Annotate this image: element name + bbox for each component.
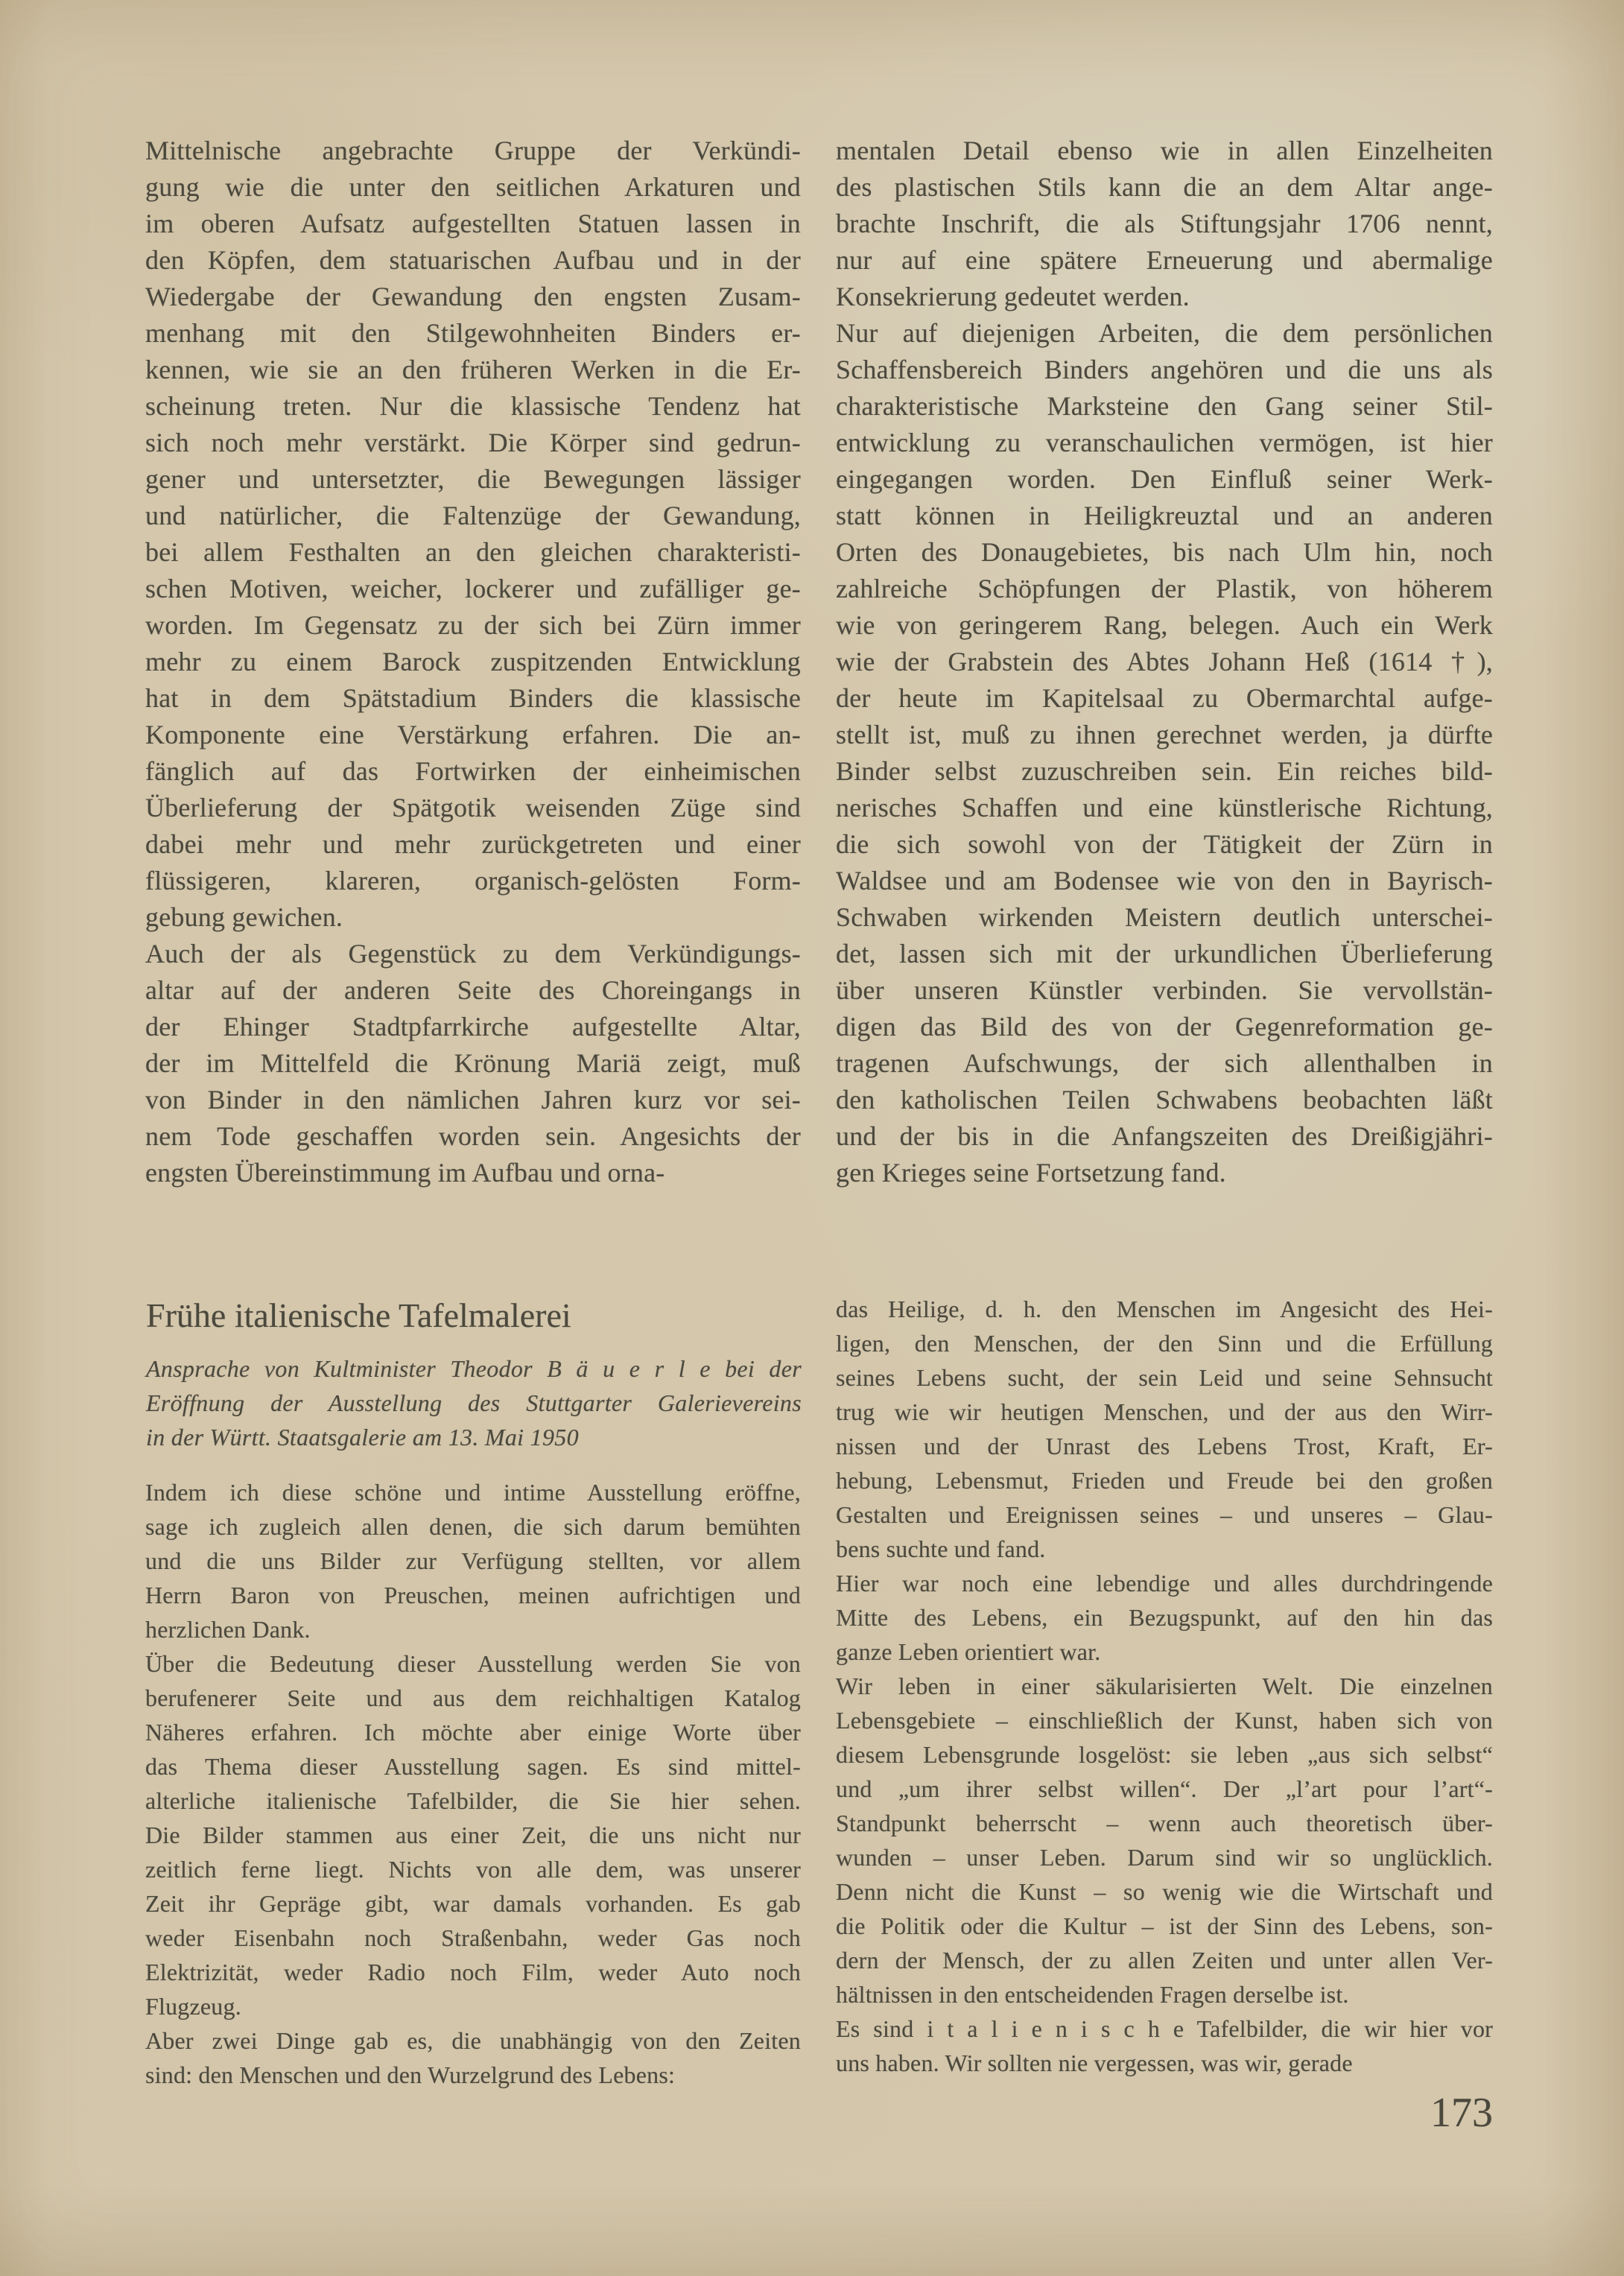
text-line: wie von geringerem Rang, belegen. Auch e…	[836, 607, 1493, 644]
text-line: Es sind i t a l i e n i s c h e Tafelbil…	[836, 2012, 1493, 2046]
text-line: Herrn Baron von Preuschen, meinen aufric…	[145, 1578, 801, 1612]
text-line: tragenen Aufschwungs, der sich allenthal…	[836, 1045, 1493, 1082]
text-line: Indem ich diese schöne und intime Ausste…	[145, 1475, 801, 1509]
text-line: entwicklung zu veranschaulichen vermögen…	[836, 425, 1493, 461]
text-line: Eröffnung der Ausstellung des Stuttgarte…	[146, 1386, 802, 1420]
text-line: dern der Mensch, der zu allen Zeiten und…	[836, 1943, 1493, 1977]
text-line: das Thema dieser Ausstellung sagen. Es s…	[145, 1749, 801, 1784]
text-line: gebung gewichen.	[145, 899, 801, 936]
page-number: 173	[836, 2090, 1493, 2135]
text-line: von Binder in den nämlichen Jahren kurz …	[145, 1082, 801, 1118]
text-line: gung wie die unter den seitlichen Arkatu…	[145, 169, 801, 206]
text-line: ligen, den Menschen, der den Sinn und di…	[836, 1326, 1493, 1360]
text-line: digen das Bild des von der Gegenreformat…	[836, 1009, 1493, 1045]
text-line: über unseren Künstler verbinden. Sie ver…	[836, 972, 1493, 1009]
text-line: dabei mehr und mehr zurückgetreten und e…	[145, 826, 801, 863]
text-line: altar auf der anderen Seite des Choreing…	[145, 972, 801, 1009]
text-line: Flugzeug.	[145, 1989, 801, 2023]
text-line: Mittelnische angebrachte Gruppe der Verk…	[145, 133, 801, 169]
article2-subtitle: Ansprache von Kultminister Theodor B ä u…	[146, 1351, 802, 1454]
text-line: stellt ist, muß zu ihnen gerechnet werde…	[836, 717, 1493, 753]
text-line: herzlichen Dank.	[145, 1612, 801, 1646]
text-line: Waldsee und am Bodensee wie von den in B…	[836, 863, 1493, 899]
article1-left-column: Mittelnische angebrachte Gruppe der Verk…	[145, 133, 801, 1191]
text-line: nem Tode geschaffen worden sein. Angesic…	[145, 1118, 801, 1155]
text-line: sage ich zugleich allen denen, die sich …	[145, 1509, 801, 1544]
text-line: zahlreiche Schöpfungen der Plastik, von …	[836, 571, 1493, 607]
text-line: Zeit ihr Gepräge gibt, war damals vorhan…	[145, 1886, 801, 1921]
text-line: und „um ihrer selbst willen“. Der „l’art…	[836, 1772, 1493, 1806]
text-line: hebung, Lebensmut, Frieden und Freude be…	[836, 1463, 1493, 1497]
text-line: der heute im Kapitelsaal zu Obermarchtal…	[836, 680, 1493, 717]
text-line: die Politik oder die Kultur – ist der Si…	[836, 1909, 1493, 1943]
text-line: Wiedergabe der Gewandung den engsten Zus…	[145, 279, 801, 315]
text-line: wunden – unser Leben. Darum sind wir so …	[836, 1840, 1493, 1874]
text-line: flüssigeren, klareren, organisch-gelöste…	[145, 863, 801, 899]
text-line: Überlieferung der Spätgotik weisenden Zü…	[145, 790, 801, 826]
text-line: engsten Übereinstimmung im Aufbau und or…	[145, 1155, 801, 1191]
text-line: mehr zu einem Barock zuspitzenden Entwic…	[145, 644, 801, 680]
text-line: Binder selbst zuzuschreiben sein. Ein re…	[836, 753, 1493, 790]
text-line: scheinung treten. Nur die klassische Ten…	[145, 388, 801, 425]
text-line: und der bis in die Anfangszeiten des Dre…	[836, 1118, 1493, 1155]
text-line: hältnissen in den entscheidenden Fragen …	[836, 1977, 1493, 2012]
text-line: Komponente eine Verstärkung erfahren. Di…	[145, 717, 801, 753]
text-line: Standpunkt beherrscht – wenn auch theore…	[836, 1806, 1493, 1840]
text-line: sich noch mehr verstärkt. Die Körper sin…	[145, 425, 801, 461]
text-line: zeitlich ferne liegt. Nichts von alle de…	[145, 1852, 801, 1886]
text-line: nur auf eine spätere Erneuerung und aber…	[836, 242, 1493, 279]
text-line: kennen, wie sie an den früheren Werken i…	[145, 352, 801, 388]
text-line: fänglich auf das Fortwirken der einheimi…	[145, 753, 801, 790]
text-line: Nur auf diejenigen Arbeiten, die dem per…	[836, 315, 1493, 352]
text-line: Hier war noch eine lebendige und alles d…	[836, 1566, 1493, 1600]
text-line: charakteristische Marksteine den Gang se…	[836, 388, 1493, 425]
text-line: uns haben. Wir sollten nie vergessen, wa…	[836, 2046, 1493, 2080]
text-line: das Heilige, d. h. den Menschen im Anges…	[836, 1292, 1493, 1326]
text-line: Konsekrierung gedeutet werden.	[836, 279, 1493, 315]
text-line: weder Eisenbahn noch Straßenbahn, weder …	[145, 1921, 801, 1955]
article1-right-column: mentalen Detail ebenso wie in allen Einz…	[836, 133, 1493, 1191]
text-line: worden. Im Gegensatz zu der sich bei Zür…	[145, 607, 801, 644]
text-line: und natürlicher, die Faltenzüge der Gewa…	[145, 498, 801, 534]
text-line: brachte Inschrift, die als Stiftungsjahr…	[836, 206, 1493, 242]
text-line: ganze Leben orientiert war.	[836, 1635, 1493, 1669]
text-line: berufenerer Seite und aus dem reichhalti…	[145, 1681, 801, 1715]
text-line: Gestalten und Ereignissen seines – und u…	[836, 1497, 1493, 1532]
text-line: gener und untersetzter, die Bewegungen l…	[145, 461, 801, 498]
text-line: nerisches Schaffen und eine künstlerisch…	[836, 790, 1493, 826]
text-line: in der Württ. Staatsgalerie am 13. Mai 1…	[146, 1420, 802, 1454]
text-line: Wir leben in einer säkularisierten Welt.…	[836, 1669, 1493, 1703]
text-line: schen Motiven, weicher, lockerer und zuf…	[145, 571, 801, 607]
text-line: den Köpfen, dem statuarischen Aufbau und…	[145, 242, 801, 279]
text-line: statt können in Heiligkreuztal und an an…	[836, 498, 1493, 534]
text-line: Näheres erfahren. Ich möchte aber einige…	[145, 1715, 801, 1749]
text-line: Orten des Donaugebietes, bis nach Ulm hi…	[836, 534, 1493, 571]
text-line: wie der Grabstein des Abtes Johann Heß (…	[836, 644, 1493, 680]
text-line: der Ehinger Stadtpfarrkirche aufgestellt…	[145, 1009, 801, 1045]
text-line: Schwaben wirkenden Meistern deutlich unt…	[836, 899, 1493, 936]
text-line: Mitte des Lebens, ein Bezugspunkt, auf d…	[836, 1600, 1493, 1635]
article2-heading: Frühe italienische Tafelmalerei	[146, 1294, 802, 1337]
text-line: die sich sowohl von der Tätigkeit der Zü…	[836, 826, 1493, 863]
text-line: Denn nicht die Kunst – so wenig wie die …	[836, 1874, 1493, 1909]
text-line: trug wie wir heutigen Menschen, und der …	[836, 1395, 1493, 1429]
text-line: bens suchte und fand.	[836, 1532, 1493, 1566]
text-line: gen Krieges seine Fortsetzung fand.	[836, 1155, 1493, 1191]
text-line: und die uns Bilder zur Verfügung stellte…	[145, 1544, 801, 1578]
text-line: eingegangen worden. Den Einfluß seiner W…	[836, 461, 1493, 498]
text-line: Schaffensbereich Binders angehören und d…	[836, 352, 1493, 388]
text-line: menhang mit den Stilgewohnheiten Binders…	[145, 315, 801, 352]
text-line: nissen und der Unrast des Lebens Trost, …	[836, 1429, 1493, 1463]
text-line: hat in dem Spätstadium Binders die klass…	[145, 680, 801, 717]
text-line: Aber zwei Dinge gab es, die unabhängig v…	[145, 2023, 801, 2058]
text-line: Ansprache von Kultminister Theodor B ä u…	[146, 1351, 802, 1386]
text-line: Auch der als Gegenstück zu dem Verkündig…	[145, 936, 801, 972]
text-line: mentalen Detail ebenso wie in allen Einz…	[836, 133, 1493, 169]
article2-left-column: Indem ich diese schöne und intime Ausste…	[145, 1475, 801, 2092]
text-line: der im Mittelfeld die Krönung Mariä zeig…	[145, 1045, 801, 1082]
text-line: det, lassen sich mit der urkundlichen Üb…	[836, 936, 1493, 972]
text-line: sind: den Menschen und den Wurzelgrund d…	[145, 2058, 801, 2092]
text-line: den katholischen Teilen Schwabens beobac…	[836, 1082, 1493, 1118]
text-line: diesem Lebensgrunde losgelöst: sie leben…	[836, 1737, 1493, 1772]
text-line: alterliche italienische Tafelbilder, die…	[145, 1784, 801, 1818]
text-line: bei allem Festhalten an den gleichen cha…	[145, 534, 801, 571]
text-line: seines Lebens sucht, der sein Leid und s…	[836, 1360, 1493, 1395]
text-line: Lebensgebiete – einschließlich der Kunst…	[836, 1703, 1493, 1737]
text-line: Über die Bedeutung dieser Ausstellung we…	[145, 1646, 801, 1681]
text-line: Die Bilder stammen aus einer Zeit, die u…	[145, 1818, 801, 1852]
scanned-book-page: { "theme": { "paper_color": "#d4c7ac", "…	[0, 0, 1624, 2276]
text-line: des plastischen Stils kann die an dem Al…	[836, 169, 1493, 206]
text-line: Elektrizität, weder Radio noch Film, wed…	[145, 1955, 801, 1989]
text-line: im oberen Aufsatz aufgestellten Statuen …	[145, 206, 801, 242]
article2-right-column: das Heilige, d. h. den Menschen im Anges…	[836, 1292, 1493, 2080]
